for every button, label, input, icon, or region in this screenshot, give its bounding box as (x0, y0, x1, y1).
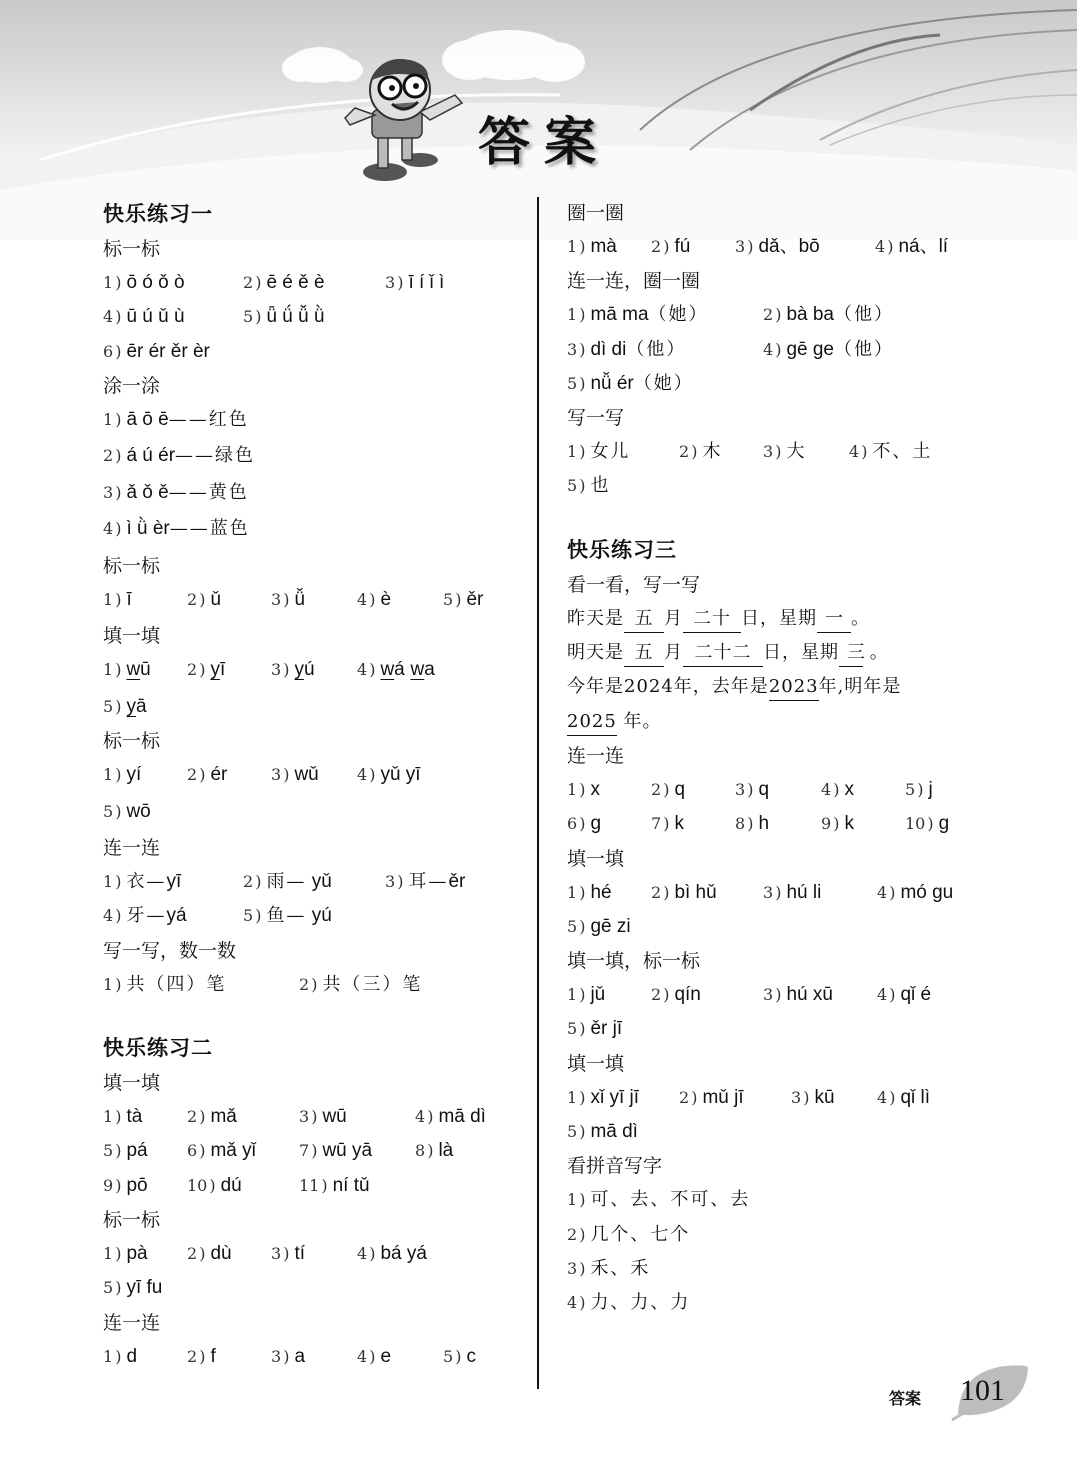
answer-row: 1)hé 2)bì hǔ 3)hú li 4)mó gu (567, 876, 997, 910)
answer-row: 4)ì ǜ èr——蓝色 (103, 512, 523, 549)
answer-row: 1)mà 2)fú 3)dǎ、bō 4)ná、lí (567, 230, 997, 264)
left-column: 快乐练习一 标一标 1)ō ó ǒ ò 2)ē é ě è 3)ī í ǐ ì … (103, 196, 523, 1374)
answer-row: 3)禾、禾 (567, 1252, 997, 1286)
section-heading: 标一标 (103, 1203, 523, 1237)
section-heading: 填一填，标一标 (567, 944, 997, 978)
answer-row: 5)yī fu (103, 1271, 523, 1305)
answer-row: 5)也 (567, 469, 997, 503)
section-heading: 连一连 (567, 739, 997, 773)
section-heading: 写一写 (567, 401, 997, 435)
answer-row: 5)gē zi (567, 910, 997, 944)
section-heading: 看一看，写一写 (567, 568, 997, 602)
answer-row: 5)wō (103, 795, 523, 832)
answer-row: 3)dì di（他） 4)gē ge（他） (567, 333, 997, 367)
fill-sentence: 2025 年。 (567, 705, 997, 739)
answer-row: 3)ǎ ǒ ě——黄色 (103, 476, 523, 513)
answer-row: 9)pō 10)dú 11)ní tǔ (103, 1169, 523, 1203)
fill-sentence: 昨天是五月二十日，星期一。 (567, 602, 997, 636)
section-heading: 连一连 (103, 831, 523, 865)
page-number: 101 (960, 1374, 1005, 1408)
answer-row: 4)力、力、力 (567, 1286, 997, 1320)
answer-row: 6)g 7)k 8)h 9)k 10)g (567, 807, 997, 841)
section-heading: 看拼音写字 (567, 1149, 997, 1183)
answer-row: 1)d 2)f 3)a 4)e 5)c (103, 1340, 523, 1374)
answer-row: 4)ū ú ǔ ù 5)ǖ ǘ ǚ ǜ (103, 300, 523, 334)
section-heading: 写一写，数一数 (103, 934, 523, 968)
section-heading: 连一连 (103, 1306, 523, 1340)
answer-row: 5)pá 6)mǎ yǐ 7)wū yā 8)là (103, 1134, 523, 1168)
answer-row: 1)jǔ 2)qín 3)hú xū 4)qǐ é (567, 978, 997, 1012)
section-heading: 标一标 (103, 549, 523, 583)
answer-row: 1)mā ma（她） 2)bà ba（他） (567, 298, 997, 332)
answer-row: 6)ēr ér ěr èr (103, 335, 523, 369)
answer-row: 1)可、去、不可、去 (567, 1183, 997, 1217)
column-divider (537, 197, 539, 1389)
answer-row: 1)wū 2)yī 3)yú 4)wá wa (103, 653, 523, 690)
fill-sentence: 今年是2024年，去年是2023年,明年是 (567, 670, 997, 704)
exercise-title: 快乐练习一 (103, 196, 523, 232)
answer-row: 5)nǚ ér（她） (567, 367, 997, 401)
section-heading: 标一标 (103, 724, 523, 758)
section-heading: 填一填 (103, 619, 523, 653)
answer-row: 1)ī 2)ǔ 3)ǚ 4)è 5)ěr (103, 583, 523, 620)
answer-row: 1)yí 2)ér 3)wǔ 4)yǔ yī (103, 758, 523, 795)
answer-row: 1)pà 2)dù 3)tí 4)bá yá (103, 1237, 523, 1271)
answer-row: 1)ā ō ē——红色 (103, 403, 523, 440)
answer-row: 1)tà 2)mǎ 3)wū 4)mā dì (103, 1100, 523, 1134)
answer-row: 4)牙—yá 5)鱼— yú (103, 899, 523, 933)
exercise-title: 快乐练习三 (567, 532, 997, 568)
answer-row: 1)x 2)q 3)q 4)x 5)j (567, 773, 997, 807)
section-heading: 填一填 (103, 1066, 523, 1100)
section-heading: 圈一圈 (567, 196, 997, 230)
section-heading: 连一连，圈一圈 (567, 264, 997, 298)
answer-row: 1)衣—yī 2)雨— yǔ 3)耳—ěr (103, 865, 523, 899)
answer-row: 5)ěr jī (567, 1012, 997, 1046)
section-heading: 涂一涂 (103, 369, 523, 403)
fill-sentence: 明天是五月二十二日，星期三 。 (567, 636, 997, 670)
answer-row: 1)ō ó ǒ ò 2)ē é ě è 3)ī í ǐ ì (103, 266, 523, 300)
page-title: 答案 (478, 100, 610, 175)
section-heading: 填一填 (567, 1047, 997, 1081)
section-heading: 标一标 (103, 232, 523, 266)
answer-row: 1)xǐ yī jī 2)mǔ jī 3)kū 4)qǐ lì (567, 1081, 997, 1115)
answer-row: 5)yā (103, 690, 523, 724)
answer-row: 2)á ú ér——绿色 (103, 439, 523, 476)
section-heading: 填一填 (567, 842, 997, 876)
answer-row: 5)mā dì (567, 1115, 997, 1149)
exercise-title: 快乐练习二 (103, 1030, 523, 1066)
answer-row: 1)共（四）笔 2)共（三）笔 (103, 968, 523, 1002)
footer-section-label: 答案 (889, 1386, 921, 1409)
answer-row: 1)女儿 2)木 3)大 4)不、土 (567, 435, 997, 469)
right-column: 圈一圈 1)mà 2)fú 3)dǎ、bō 4)ná、lí 连一连，圈一圈 1)… (567, 196, 997, 1321)
answer-row: 2)几个、七个 (567, 1218, 997, 1252)
